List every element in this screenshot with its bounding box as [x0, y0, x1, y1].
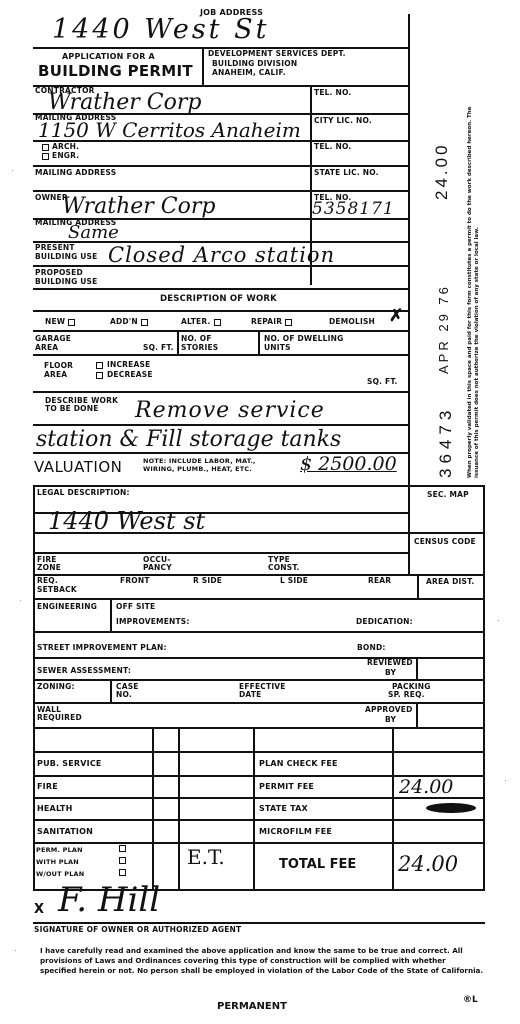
increase-option[interactable]: INCREASE — [96, 361, 150, 369]
divider — [33, 819, 485, 821]
setback-r-side: R SIDE — [193, 577, 222, 585]
signature-x-mark: X — [34, 902, 44, 917]
checkbox-without-plan[interactable] — [119, 869, 126, 876]
approved-label-2: BY — [385, 716, 396, 724]
stamp-date: APR 29 76 — [436, 284, 451, 374]
street-plan-label: STREET IMPROVEMENT PLAN: — [37, 644, 167, 652]
scan-speck — [20, 600, 21, 601]
stamp-number: 36473 — [436, 406, 456, 478]
divider — [33, 631, 485, 633]
arch-label: ARCH. — [52, 142, 79, 151]
permit-fee-label: PERMIT FEE — [259, 783, 314, 791]
divider — [258, 330, 260, 354]
work-type-demolish[interactable]: DEMOLISH✗ — [329, 318, 375, 326]
work-type-new[interactable]: NEW — [45, 318, 75, 326]
divider — [33, 165, 410, 167]
reviewed-label-1: REVIEWED — [367, 659, 413, 667]
with-plan-option[interactable]: WITH PLAN — [36, 858, 79, 866]
valuation-value: $ 2500.00 — [300, 453, 397, 475]
total-fee-value: 24.00 — [398, 852, 458, 876]
bond-label: BOND: — [357, 644, 386, 652]
work-type-label: DEMOLISH — [329, 317, 375, 326]
owner-value: Wrather Corp — [62, 194, 215, 219]
work-type-addn[interactable]: ADD'N — [110, 318, 148, 326]
dept-health: HEALTH — [37, 805, 72, 813]
divider — [33, 751, 485, 753]
setback-l-side: L SIDE — [280, 577, 308, 585]
off-site-label-1: OFF SITE — [116, 603, 155, 611]
present-use-label-2: BUILDING USE — [35, 253, 97, 261]
occupancy-label-2: PANCY — [143, 564, 172, 572]
divider — [177, 330, 179, 354]
arch-tel-label: TEL. NO. — [314, 143, 351, 151]
divider — [33, 288, 410, 290]
divider — [33, 727, 485, 729]
divider — [33, 190, 410, 192]
describe-label-2: TO BE DONE — [45, 405, 99, 413]
job-address-value: 1440 West St — [52, 14, 269, 45]
dept-pub-service: PUB. SERVICE — [37, 760, 102, 768]
setback-front: FRONT — [120, 577, 150, 585]
initials: E.T. — [187, 845, 225, 869]
fire-zone-label-2: ZONE — [37, 564, 61, 572]
divider — [33, 532, 410, 534]
effective-label-2: DATE — [239, 691, 262, 699]
divider — [33, 552, 410, 554]
declaration-text: I have carefully read and examined the a… — [40, 946, 484, 976]
permit-fee-value: 24.00 — [399, 776, 453, 798]
divider — [408, 532, 485, 534]
scan-speck — [498, 620, 499, 621]
contractor-value: Wrather Corp — [48, 90, 201, 115]
owner-mailing-value: Same — [68, 222, 119, 243]
garage-label-1: GARAGE — [35, 335, 71, 343]
state-lic-label: STATE LIC. NO. — [314, 169, 379, 177]
with-plan-label: WITH PLAN — [36, 858, 79, 866]
divider — [33, 842, 485, 844]
present-use-label-1: PRESENT — [35, 244, 75, 252]
division-name: BUILDING DIVISION — [212, 60, 297, 68]
proposed-use-label-2: BUILDING USE — [35, 278, 97, 286]
divider — [416, 702, 418, 727]
decrease-option[interactable]: DECREASE — [96, 371, 153, 379]
off-site-label-2: IMPROVEMENTS: — [116, 618, 190, 626]
owner-tel-value: 5358171 — [312, 199, 395, 219]
perm-plan-label: PERM. PLAN — [36, 846, 83, 854]
divider — [33, 598, 485, 600]
city-lic-label: CITY LIC. NO. — [314, 117, 372, 125]
floor-label-1: FLOOR — [44, 362, 73, 370]
checkbox-alter[interactable] — [214, 319, 221, 326]
approved-label-1: APPROVED — [365, 706, 413, 714]
work-type-label: ADD'N — [110, 317, 138, 326]
state-tax-label: STATE TAX — [259, 805, 308, 813]
checkbox-with-plan[interactable] — [119, 857, 126, 864]
arch-checkbox[interactable]: ARCH. — [42, 143, 79, 151]
state-tax-scribble — [426, 803, 476, 813]
garage-sqft: SQ. FT. — [143, 344, 174, 352]
work-type-alter[interactable]: ALTER. — [181, 318, 221, 326]
divider — [202, 47, 204, 85]
engr-label: ENGR. — [52, 151, 79, 160]
area-dist-label: AREA DIST. — [426, 578, 474, 586]
checkbox-repair[interactable] — [285, 319, 292, 326]
divider — [110, 598, 112, 631]
legal-description-value: 1440 West st — [48, 507, 205, 535]
present-use-value: Closed Arco station — [108, 243, 335, 267]
sec-map-label: SEC. MAP — [427, 491, 469, 499]
work-type-repair[interactable]: REPAIR — [251, 318, 292, 326]
census-code-label: CENSUS CODE — [414, 538, 476, 546]
form-title: BUILDING PERMIT — [38, 62, 193, 80]
floor-sqft: SQ. FT. — [367, 378, 398, 386]
total-fee-label: TOTAL FEE — [279, 857, 356, 872]
divider — [417, 574, 419, 598]
application-label: APPLICATION FOR A — [62, 53, 155, 61]
divider — [33, 330, 410, 332]
valuation-note-2: Wiring, Plumb., Heat, Etc. — [143, 465, 252, 473]
stamp-notice-2: issuance of this permit does not authori… — [474, 227, 480, 478]
valuation-note-1: NOTE: Include Labor, Mat., — [143, 457, 256, 465]
stamp-notice-1: When properly validated in this space an… — [467, 48, 473, 478]
divider — [416, 657, 418, 679]
reviewed-label-2: BY — [385, 669, 396, 677]
setback-label-1: REQ. — [37, 577, 58, 585]
stories-label-1: NO. OF — [181, 335, 212, 343]
arch-mailing-label: MAILING ADDRESS — [35, 169, 116, 177]
dwelling-label-2: UNITS — [264, 344, 291, 352]
decrease-label: DECREASE — [107, 370, 153, 379]
wall-label-2: REQUIRED — [37, 714, 82, 722]
divider — [33, 140, 410, 142]
signature-line — [33, 922, 485, 924]
dept-fire: FIRE — [37, 783, 58, 791]
without-plan-label: W/OUT PLAN — [36, 870, 84, 878]
divider — [33, 354, 410, 356]
valuation-label: VALUATION — [34, 458, 122, 476]
dedication-label: DEDICATION: — [356, 618, 413, 626]
contractor-mailing-value: 1150 W Cerritos Anaheim — [38, 118, 301, 142]
work-type-label: NEW — [45, 317, 65, 326]
setback-rear: REAR — [368, 577, 391, 585]
garage-label-2: AREA — [35, 344, 58, 352]
stories-label-2: STORIES — [181, 344, 218, 352]
scan-speck — [505, 780, 506, 781]
zoning-label: ZONING: — [37, 683, 75, 691]
dept-sanitation: SANITATION — [37, 828, 93, 836]
dept-name: DEVELOPMENT SERVICES DEPT. — [208, 50, 346, 58]
divider — [33, 391, 410, 393]
type-const-label-2: CONST. — [268, 564, 300, 572]
engr-checkbox[interactable]: ENGR. — [42, 152, 79, 160]
checkbox-demolish-checked-icon[interactable]: ✗ — [389, 312, 403, 320]
permanent-label: PERMANENT — [217, 1001, 287, 1012]
stamp-fee: 24.00 — [432, 142, 452, 200]
checkbox-new[interactable] — [68, 319, 75, 326]
packing-label-2: SP. REQ. — [388, 691, 425, 699]
work-type-label: ALTER. — [181, 317, 211, 326]
case-label-2: NO. — [116, 691, 132, 699]
checkbox-decrease[interactable] — [96, 372, 103, 379]
signature-label: SIGNATURE OF OWNER OR AUTHORIZED AGENT — [34, 926, 241, 934]
checkbox-addn[interactable] — [141, 319, 148, 326]
work-type-label: REPAIR — [251, 317, 282, 326]
description-of-work-title: DESCRIPTION OF WORK — [160, 295, 277, 303]
checkbox-perm-plan[interactable] — [119, 845, 126, 852]
divider — [33, 424, 410, 426]
floor-label-2: AREA — [44, 371, 67, 379]
divider — [110, 679, 112, 702]
divider — [33, 265, 410, 267]
dwelling-label-1: NO. OF DWELLING — [264, 335, 343, 343]
publisher-mark: ®L — [463, 995, 478, 1005]
scan-speck — [12, 170, 13, 171]
describe-line-1: Remove service — [135, 398, 325, 423]
without-plan-option[interactable]: W/OUT PLAN — [36, 870, 84, 878]
legal-description-label: LEGAL DESCRIPTION: — [37, 489, 130, 497]
setback-label-2: SETBACK — [37, 586, 77, 594]
divider — [408, 485, 410, 575]
microfilm-fee-label: MICROFILM FEE — [259, 828, 332, 836]
signature-value[interactable]: F. Hill — [58, 880, 160, 920]
increase-label: INCREASE — [107, 360, 150, 369]
sewer-label: SEWER ASSESSMENT: — [37, 667, 131, 675]
plan-check-fee-label: PLAN CHECK FEE — [259, 760, 338, 768]
engineering-label: ENGINEERING — [37, 603, 97, 611]
perm-plan-option[interactable]: PERM. PLAN — [36, 846, 83, 854]
divider — [33, 310, 410, 312]
proposed-use-label-1: PROPOSED — [35, 269, 83, 277]
contractor-tel-label: TEL. NO. — [314, 89, 351, 97]
city-name: ANAHEIM, CALIF. — [212, 69, 286, 77]
checkbox-increase[interactable] — [96, 362, 103, 369]
divider — [33, 679, 485, 681]
scan-speck — [15, 950, 16, 951]
describe-line-2: station & Fill storage tanks — [36, 427, 341, 452]
